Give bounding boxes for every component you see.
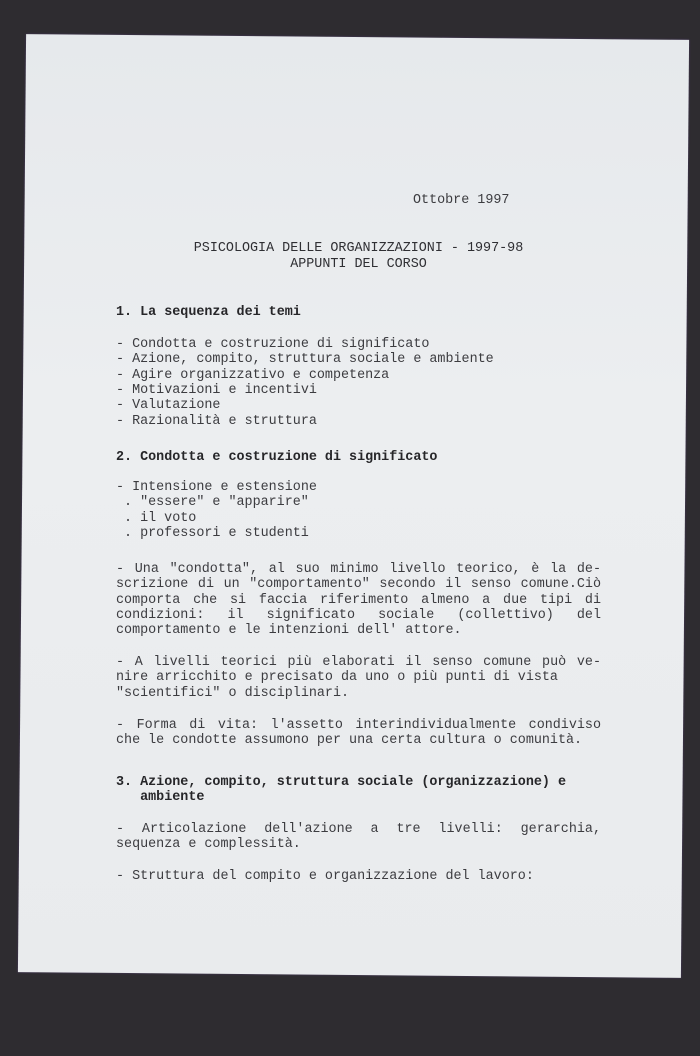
section-3-heading: 3. Azione, compito, struttura sociale (o… [116,775,566,790]
paragraph-struttura-compito: - Struttura del compito e organizzazione… [116,869,601,884]
sub-list-item: . il voto [124,511,196,526]
list-item: - Azione, compito, struttura sociale e a… [116,352,494,367]
list-item: - Condotta e costruzione di significato [116,337,429,352]
document-subtitle: APPUNTI DEL CORSO [116,257,601,272]
paragraph-line: che le condotte assumono per una certa c… [116,733,601,748]
paragraph-condotta: - Una "condotta", al suo minimo livello … [116,562,601,638]
sub-list-item: . "essere" e "apparire" [124,495,309,510]
section-3-heading-continued: ambiente [116,790,204,805]
paragraph-line: condizioni: il significato sociale (coll… [116,608,601,623]
list-item: - Razionalità e struttura [116,414,317,429]
paragraph-line: - Struttura del compito e organizzazione… [116,869,601,884]
paragraph-line: - Forma di vita: l'assetto interindividu… [116,718,601,733]
paragraph-line: - Articolazione dell'azione a tre livell… [116,822,601,837]
paragraph-line: comporta che si faccia riferimento almen… [116,593,601,608]
sub-list-item: . professori e studenti [124,526,309,541]
paragraph-articolazione: - Articolazione dell'azione a tre livell… [116,822,601,853]
document-page: Ottobre 1997 PSICOLOGIA DELLE ORGANIZZAZ… [0,0,700,1056]
list-item: - Valutazione [116,398,220,413]
paragraph-line: - Una "condotta", al suo minimo livello … [116,562,601,577]
list-item: - Intensione e estensione [116,480,317,495]
paragraph-line: - A livelli teorici più elaborati il sen… [116,655,601,670]
document-date: Ottobre 1997 [413,193,509,208]
list-item: - Agire organizzativo e competenza [116,368,389,383]
document-title: PSICOLOGIA DELLE ORGANIZZAZIONI - 1997-9… [116,241,601,256]
paragraph-line: sequenza e complessità. [116,837,601,852]
section-1-heading: 1. La sequenza dei temi [116,305,301,320]
paragraph-line: scrizione di un "comportamento" secondo … [116,577,601,592]
list-item: - Motivazioni e incentivi [116,383,317,398]
paragraph-line: nire arricchito e precisato da uno o più… [116,670,601,685]
paragraph-line: "scientifici" o disciplinari. [116,686,601,701]
paragraph-line: comportamento e le intenzioni dell' atto… [116,623,601,638]
section-2-heading: 2. Condotta e costruzione di significato [116,450,437,465]
paragraph-forma-di-vita: - Forma di vita: l'assetto interindividu… [116,718,601,749]
paragraph-livelli-teorici: - A livelli teorici più elaborati il sen… [116,655,601,701]
